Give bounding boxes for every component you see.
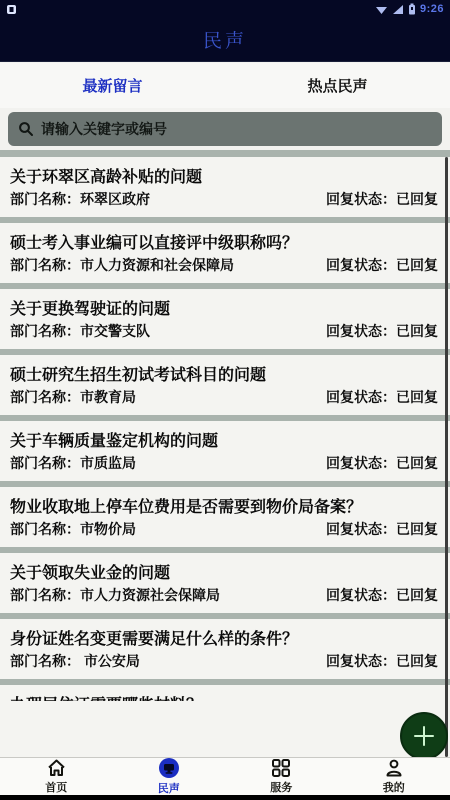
search-icon bbox=[18, 121, 34, 137]
nav-item-voice[interactable]: 民声 bbox=[113, 758, 226, 795]
nav-label: 首页 bbox=[45, 779, 67, 795]
battery-icon bbox=[408, 3, 416, 15]
home-icon bbox=[46, 758, 67, 778]
item-reply-status: 回复状态：已回复 bbox=[326, 321, 438, 341]
services-grid-icon bbox=[271, 758, 291, 778]
item-department: 部门名称：环翠区政府 bbox=[10, 189, 150, 209]
item-department: 部门名称：市教育局 bbox=[10, 387, 136, 407]
item-title: 硕士研究生招生初试考试科目的问题 bbox=[10, 362, 438, 385]
list-item[interactable]: 物业收取地上停车位费用是否需要到物价局备案？ 部门名称：市物价局回复状态：已回复 bbox=[0, 487, 450, 553]
bottom-navigation: 首页 民声 服务 我的 bbox=[0, 757, 450, 795]
profile-icon bbox=[384, 758, 404, 778]
item-department: 部门名称：市人力资源和社会保障局 bbox=[10, 255, 234, 275]
voice-icon bbox=[158, 757, 180, 779]
add-message-fab[interactable] bbox=[400, 712, 448, 760]
item-department: 部门名称：市人力资源社会保障局 bbox=[10, 585, 220, 605]
list-item[interactable]: 硕士考入事业编可以直接评中级职称吗？ 部门名称：市人力资源和社会保障局回复状态：… bbox=[0, 223, 450, 289]
item-title: 关于更换驾驶证的问题 bbox=[10, 296, 438, 319]
item-reply-status: 回复状态：已回复 bbox=[326, 453, 438, 473]
item-title: 硕士考入事业编可以直接评中级职称吗？ bbox=[10, 230, 438, 253]
list-item[interactable]: 硕士研究生招生初试考试科目的问题 部门名称：市教育局回复状态：已回复 bbox=[0, 355, 450, 421]
tab-hot-voices[interactable]: 热点民声 bbox=[225, 75, 450, 96]
message-list: 关于环翠区高龄补贴的问题 部门名称：环翠区政府回复状态：已回复 硕士考入事业编可… bbox=[0, 157, 450, 757]
list-item[interactable]: 关于领取失业金的问题 部门名称：市人力资源社会保障局回复状态：已回复 bbox=[0, 553, 450, 619]
app-screen: 9:26 民声 最新留言 热点民声 请输入关键字或编号 关于环翠区高龄补贴的问题… bbox=[0, 0, 450, 800]
search-input[interactable]: 请输入关键字或编号 bbox=[8, 112, 442, 146]
nav-item-profile[interactable]: 我的 bbox=[338, 758, 450, 795]
item-reply-status: 回复状态：已回复 bbox=[326, 585, 438, 605]
status-time: 9:26 bbox=[420, 3, 444, 15]
page-title: 民声 bbox=[203, 26, 247, 53]
system-navigation-strip bbox=[0, 795, 450, 800]
search-placeholder: 请输入关键字或编号 bbox=[41, 119, 167, 139]
app-bar: 民声 bbox=[0, 18, 450, 62]
nav-item-services[interactable]: 服务 bbox=[225, 758, 338, 795]
item-reply-status: 回复状态：已回复 bbox=[326, 255, 438, 275]
item-department: 部门名称：市交警支队 bbox=[10, 321, 150, 341]
item-title: 办理居住证需要哪些材料？ bbox=[10, 692, 438, 701]
nav-label: 我的 bbox=[383, 779, 405, 795]
wifi-icon bbox=[375, 4, 388, 15]
search-area: 请输入关键字或编号 bbox=[0, 108, 450, 150]
list-item[interactable]: 关于更换驾驶证的问题 部门名称：市交警支队回复状态：已回复 bbox=[0, 289, 450, 355]
item-reply-status: 回复状态：已回复 bbox=[326, 519, 438, 539]
list-scrollbar[interactable] bbox=[445, 157, 448, 757]
item-title: 关于领取失业金的问题 bbox=[10, 560, 438, 583]
item-title: 关于环翠区高龄补贴的问题 bbox=[10, 164, 438, 187]
item-title: 关于车辆质量鉴定机构的问题 bbox=[10, 428, 438, 451]
tab-bar: 最新留言 热点民声 bbox=[0, 63, 450, 108]
list-item[interactable]: 身份证姓名变更需要满足什么样的条件？ 部门名称： 市公安局回复状态：已回复 bbox=[0, 619, 450, 685]
list-item[interactable]: 办理居住证需要哪些材料？ bbox=[0, 685, 450, 709]
tab-latest-messages[interactable]: 最新留言 bbox=[0, 75, 225, 96]
plus-icon bbox=[412, 724, 436, 748]
list-item[interactable]: 关于车辆质量鉴定机构的问题 部门名称：市质监局回复状态：已回复 bbox=[0, 421, 450, 487]
section-divider bbox=[0, 150, 450, 157]
nav-item-home[interactable]: 首页 bbox=[0, 758, 113, 795]
item-department: 部门名称：市质监局 bbox=[10, 453, 136, 473]
item-title: 身份证姓名变更需要满足什么样的条件？ bbox=[10, 626, 438, 649]
list-item[interactable]: 关于环翠区高龄补贴的问题 部门名称：环翠区政府回复状态：已回复 bbox=[0, 157, 450, 223]
item-reply-status: 回复状态：已回复 bbox=[326, 651, 438, 671]
item-department: 部门名称： 市公安局 bbox=[10, 651, 140, 671]
item-reply-status: 回复状态：已回复 bbox=[326, 189, 438, 209]
item-reply-status: 回复状态：已回复 bbox=[326, 387, 438, 407]
status-bar: 9:26 bbox=[0, 0, 450, 18]
nav-label: 民声 bbox=[158, 780, 180, 796]
notification-app-icon bbox=[6, 4, 17, 15]
item-title: 物业收取地上停车位费用是否需要到物价局备案？ bbox=[10, 494, 438, 517]
nav-label: 服务 bbox=[270, 779, 292, 795]
item-department: 部门名称：市物价局 bbox=[10, 519, 136, 539]
cellular-signal-icon bbox=[392, 4, 404, 15]
